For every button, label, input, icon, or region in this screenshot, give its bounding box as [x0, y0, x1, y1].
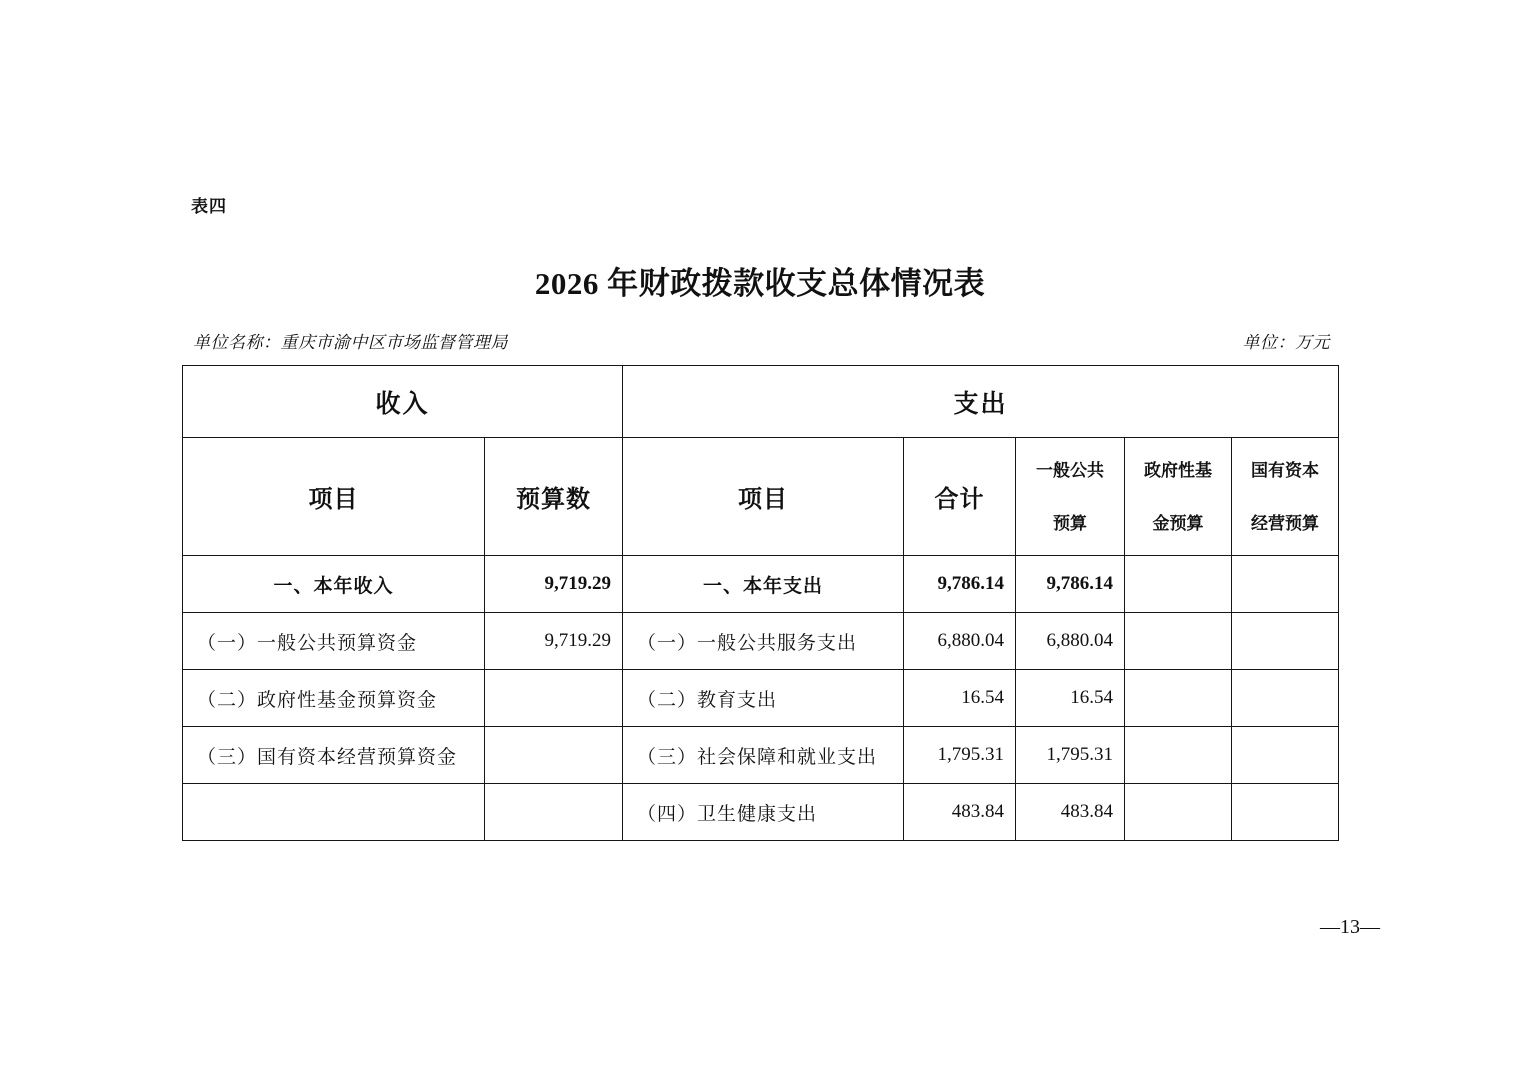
gov-fund-budget-cell: [1125, 727, 1232, 784]
state-capital-budget-cell: [1232, 556, 1339, 613]
state-capital-budget-line1: 国有资本: [1232, 444, 1338, 497]
income-item-cell: [183, 784, 485, 841]
income-item-cell: （二）政府性基金预算资金: [183, 670, 485, 727]
income-item-column-header: 项目: [183, 438, 485, 556]
budget-table: 收入 支出 项目 预算数 项目 合计 一般公共 预算 政府性基 金预算: [182, 365, 1339, 841]
gov-fund-budget-cell: [1125, 670, 1232, 727]
document-page: { "page": { "table_label": "表四", "title"…: [0, 0, 1520, 1074]
state-capital-budget-cell: [1232, 727, 1339, 784]
income-item-cell: （一）一般公共预算资金: [183, 613, 485, 670]
table-row: （一）一般公共预算资金 9,719.29 （一）一般公共服务支出 6,880.0…: [183, 613, 1339, 670]
general-public-budget-cell: 6,880.04: [1016, 613, 1125, 670]
income-budget-cell: 9,719.29: [485, 613, 623, 670]
unit-name-label: 单位名称：重庆市渝中区市场监督管理局: [193, 328, 508, 353]
section-header-row: 收入 支出: [183, 366, 1339, 438]
general-public-budget-column-header: 一般公共 预算: [1016, 438, 1125, 556]
general-public-budget-cell: 9,786.14: [1016, 556, 1125, 613]
general-public-budget-line1: 一般公共: [1016, 444, 1124, 497]
table-row: （三）国有资本经营预算资金 （三）社会保障和就业支出 1,795.31 1,79…: [183, 727, 1339, 784]
general-public-budget-line2: 预算: [1016, 497, 1124, 550]
income-budget-cell: 9,719.29: [485, 556, 623, 613]
income-item-cell: （三）国有资本经营预算资金: [183, 727, 485, 784]
state-capital-budget-cell: [1232, 784, 1339, 841]
expense-total-cell: 1,795.31: [904, 727, 1016, 784]
general-public-budget-cell: 16.54: [1016, 670, 1125, 727]
expense-item-cell: （二）教育支出: [623, 670, 904, 727]
state-capital-budget-line2: 经营预算: [1232, 497, 1338, 550]
income-budget-cell: [485, 670, 623, 727]
general-public-budget-cell: 1,795.31: [1016, 727, 1125, 784]
expense-item-cell: 一、本年支出: [623, 556, 904, 613]
page-title: 2026 年财政拨款收支总体情况表: [0, 258, 1520, 303]
gov-fund-budget-cell: [1125, 784, 1232, 841]
page-number: —13—: [1308, 916, 1392, 939]
expense-section-header: 支出: [623, 366, 1339, 438]
income-section-header: 收入: [183, 366, 623, 438]
expense-item-column-header: 项目: [623, 438, 904, 556]
state-capital-budget-column-header: 国有资本 经营预算: [1232, 438, 1339, 556]
income-budget-cell: [485, 727, 623, 784]
gov-fund-budget-column-header: 政府性基 金预算: [1125, 438, 1232, 556]
gov-fund-budget-line1: 政府性基: [1125, 444, 1231, 497]
expense-item-cell: （三）社会保障和就业支出: [623, 727, 904, 784]
expense-item-cell: （四）卫生健康支出: [623, 784, 904, 841]
expense-total-cell: 16.54: [904, 670, 1016, 727]
general-public-budget-cell: 483.84: [1016, 784, 1125, 841]
table-row: （二）政府性基金预算资金 （二）教育支出 16.54 16.54: [183, 670, 1339, 727]
state-capital-budget-cell: [1232, 670, 1339, 727]
gov-fund-budget-cell: [1125, 556, 1232, 613]
meta-row: 单位名称：重庆市渝中区市场监督管理局 单位：万元: [193, 328, 1330, 353]
expense-total-cell: 9,786.14: [904, 556, 1016, 613]
total-column-header: 合计: [904, 438, 1016, 556]
table-row: （四）卫生健康支出 483.84 483.84: [183, 784, 1339, 841]
income-item-cell: 一、本年收入: [183, 556, 485, 613]
income-budget-column-header: 预算数: [485, 438, 623, 556]
table-row: 一、本年收入 9,719.29 一、本年支出 9,786.14 9,786.14: [183, 556, 1339, 613]
gov-fund-budget-cell: [1125, 613, 1232, 670]
expense-item-cell: （一）一般公共服务支出: [623, 613, 904, 670]
expense-total-cell: 483.84: [904, 784, 1016, 841]
column-header-row: 项目 预算数 项目 合计 一般公共 预算 政府性基 金预算 国有资本 经营预算: [183, 438, 1339, 556]
state-capital-budget-cell: [1232, 613, 1339, 670]
expense-total-cell: 6,880.04: [904, 613, 1016, 670]
gov-fund-budget-line2: 金预算: [1125, 497, 1231, 550]
table-label: 表四: [191, 192, 227, 217]
income-budget-cell: [485, 784, 623, 841]
unit-of-measure-label: 单位：万元: [1243, 328, 1331, 353]
